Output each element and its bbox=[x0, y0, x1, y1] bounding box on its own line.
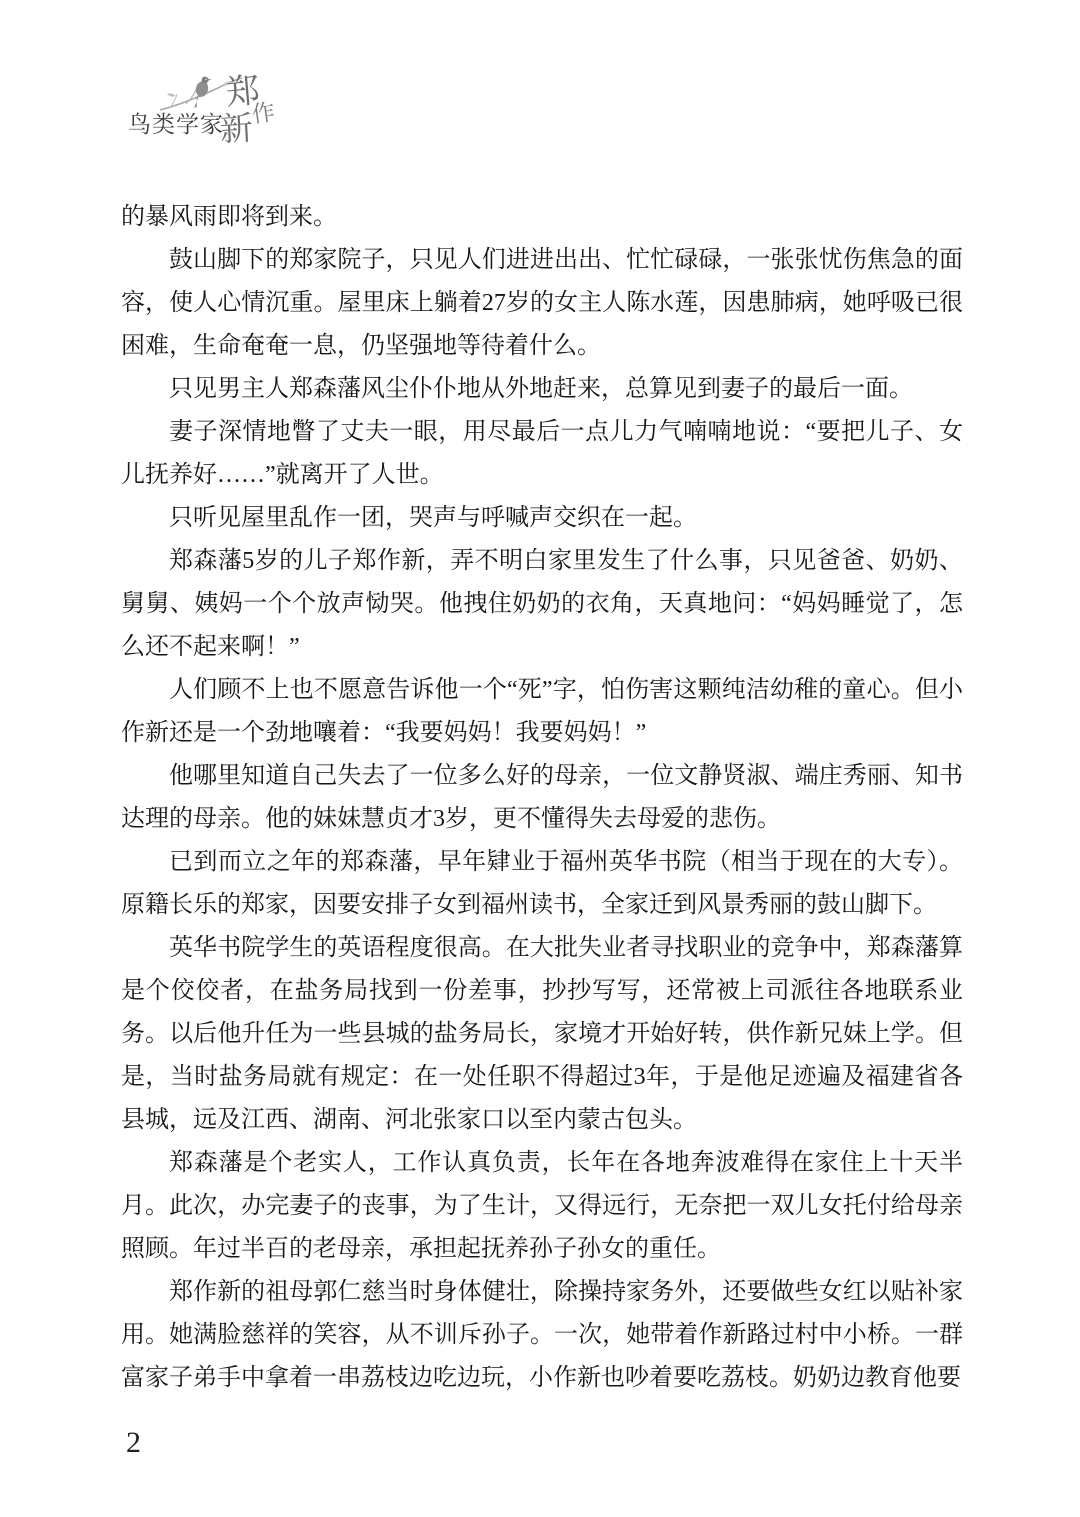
paragraph: 鼓山脚下的郑家院子，只见人们进进出出、忙忙碌碌，一张张忧伤焦急的面容，使人心情沉… bbox=[121, 239, 963, 368]
paragraph: 只听见屋里乱作一团，哭声与呼喊声交织在一起。 bbox=[121, 497, 963, 540]
paragraph: 郑森藩5岁的儿子郑作新，弄不明白家里发生了什么事，只见爸爸、奶奶、舅舅、姨妈一个… bbox=[121, 540, 963, 669]
page-number: 2 bbox=[126, 1426, 141, 1460]
paragraph: 已到而立之年的郑森藩，早年肄业于福州英华书院（相当于现在的大专）。原籍长乐的郑家… bbox=[121, 841, 963, 927]
signature-char: 新 bbox=[219, 113, 254, 148]
paragraph: 人们顾不上也不愿意告诉他一个“死”字，怕伤害这颗纯洁幼稚的童心。但小作新还是一个… bbox=[121, 669, 963, 755]
paragraph: 英华书院学生的英语程度很高。在大批失业者寻找职业的竞争中，郑森藩算是个佼佼者，在… bbox=[121, 927, 963, 1142]
book-page: 鸟类学家 郑 作 新 的暴风雨即将到来。鼓山脚下的郑家院子，只见人们进进出出、忙… bbox=[0, 0, 1080, 1517]
paragraph: 郑作新的祖母郭仁慈当时身体健壮，除操持家务外，还要做些女红以贴补家用。她满脸慈祥… bbox=[121, 1271, 963, 1400]
author-signature: 郑 作 新 bbox=[220, 76, 278, 156]
paragraph: 郑森藩是个老实人，工作认真负责，长年在各地奔波难得在家住上十天半月。此次，办完妻… bbox=[121, 1142, 963, 1271]
series-title: 鸟类学家 bbox=[128, 106, 224, 139]
paragraph: 他哪里知道自己失去了一位多么好的母亲，一位文静贤淑、端庄秀丽、知书达理的母亲。他… bbox=[121, 755, 963, 841]
page-header: 鸟类学家 郑 作 新 bbox=[128, 68, 348, 178]
paragraph: 妻子深情地瞥了丈夫一眼，用尽最后一点儿力气喃喃地说：“要把儿子、女儿抚养好……”… bbox=[121, 411, 963, 497]
paragraph: 只见男主人郑森藩风尘仆仆地从外地赶来，总算见到妻子的最后一面。 bbox=[121, 368, 963, 411]
paragraph: 的暴风雨即将到来。 bbox=[121, 196, 963, 239]
article-body: 的暴风雨即将到来。鼓山脚下的郑家院子，只见人们进进出出、忙忙碌碌，一张张忧伤焦急… bbox=[121, 196, 963, 1400]
signature-char: 作 bbox=[251, 101, 277, 127]
